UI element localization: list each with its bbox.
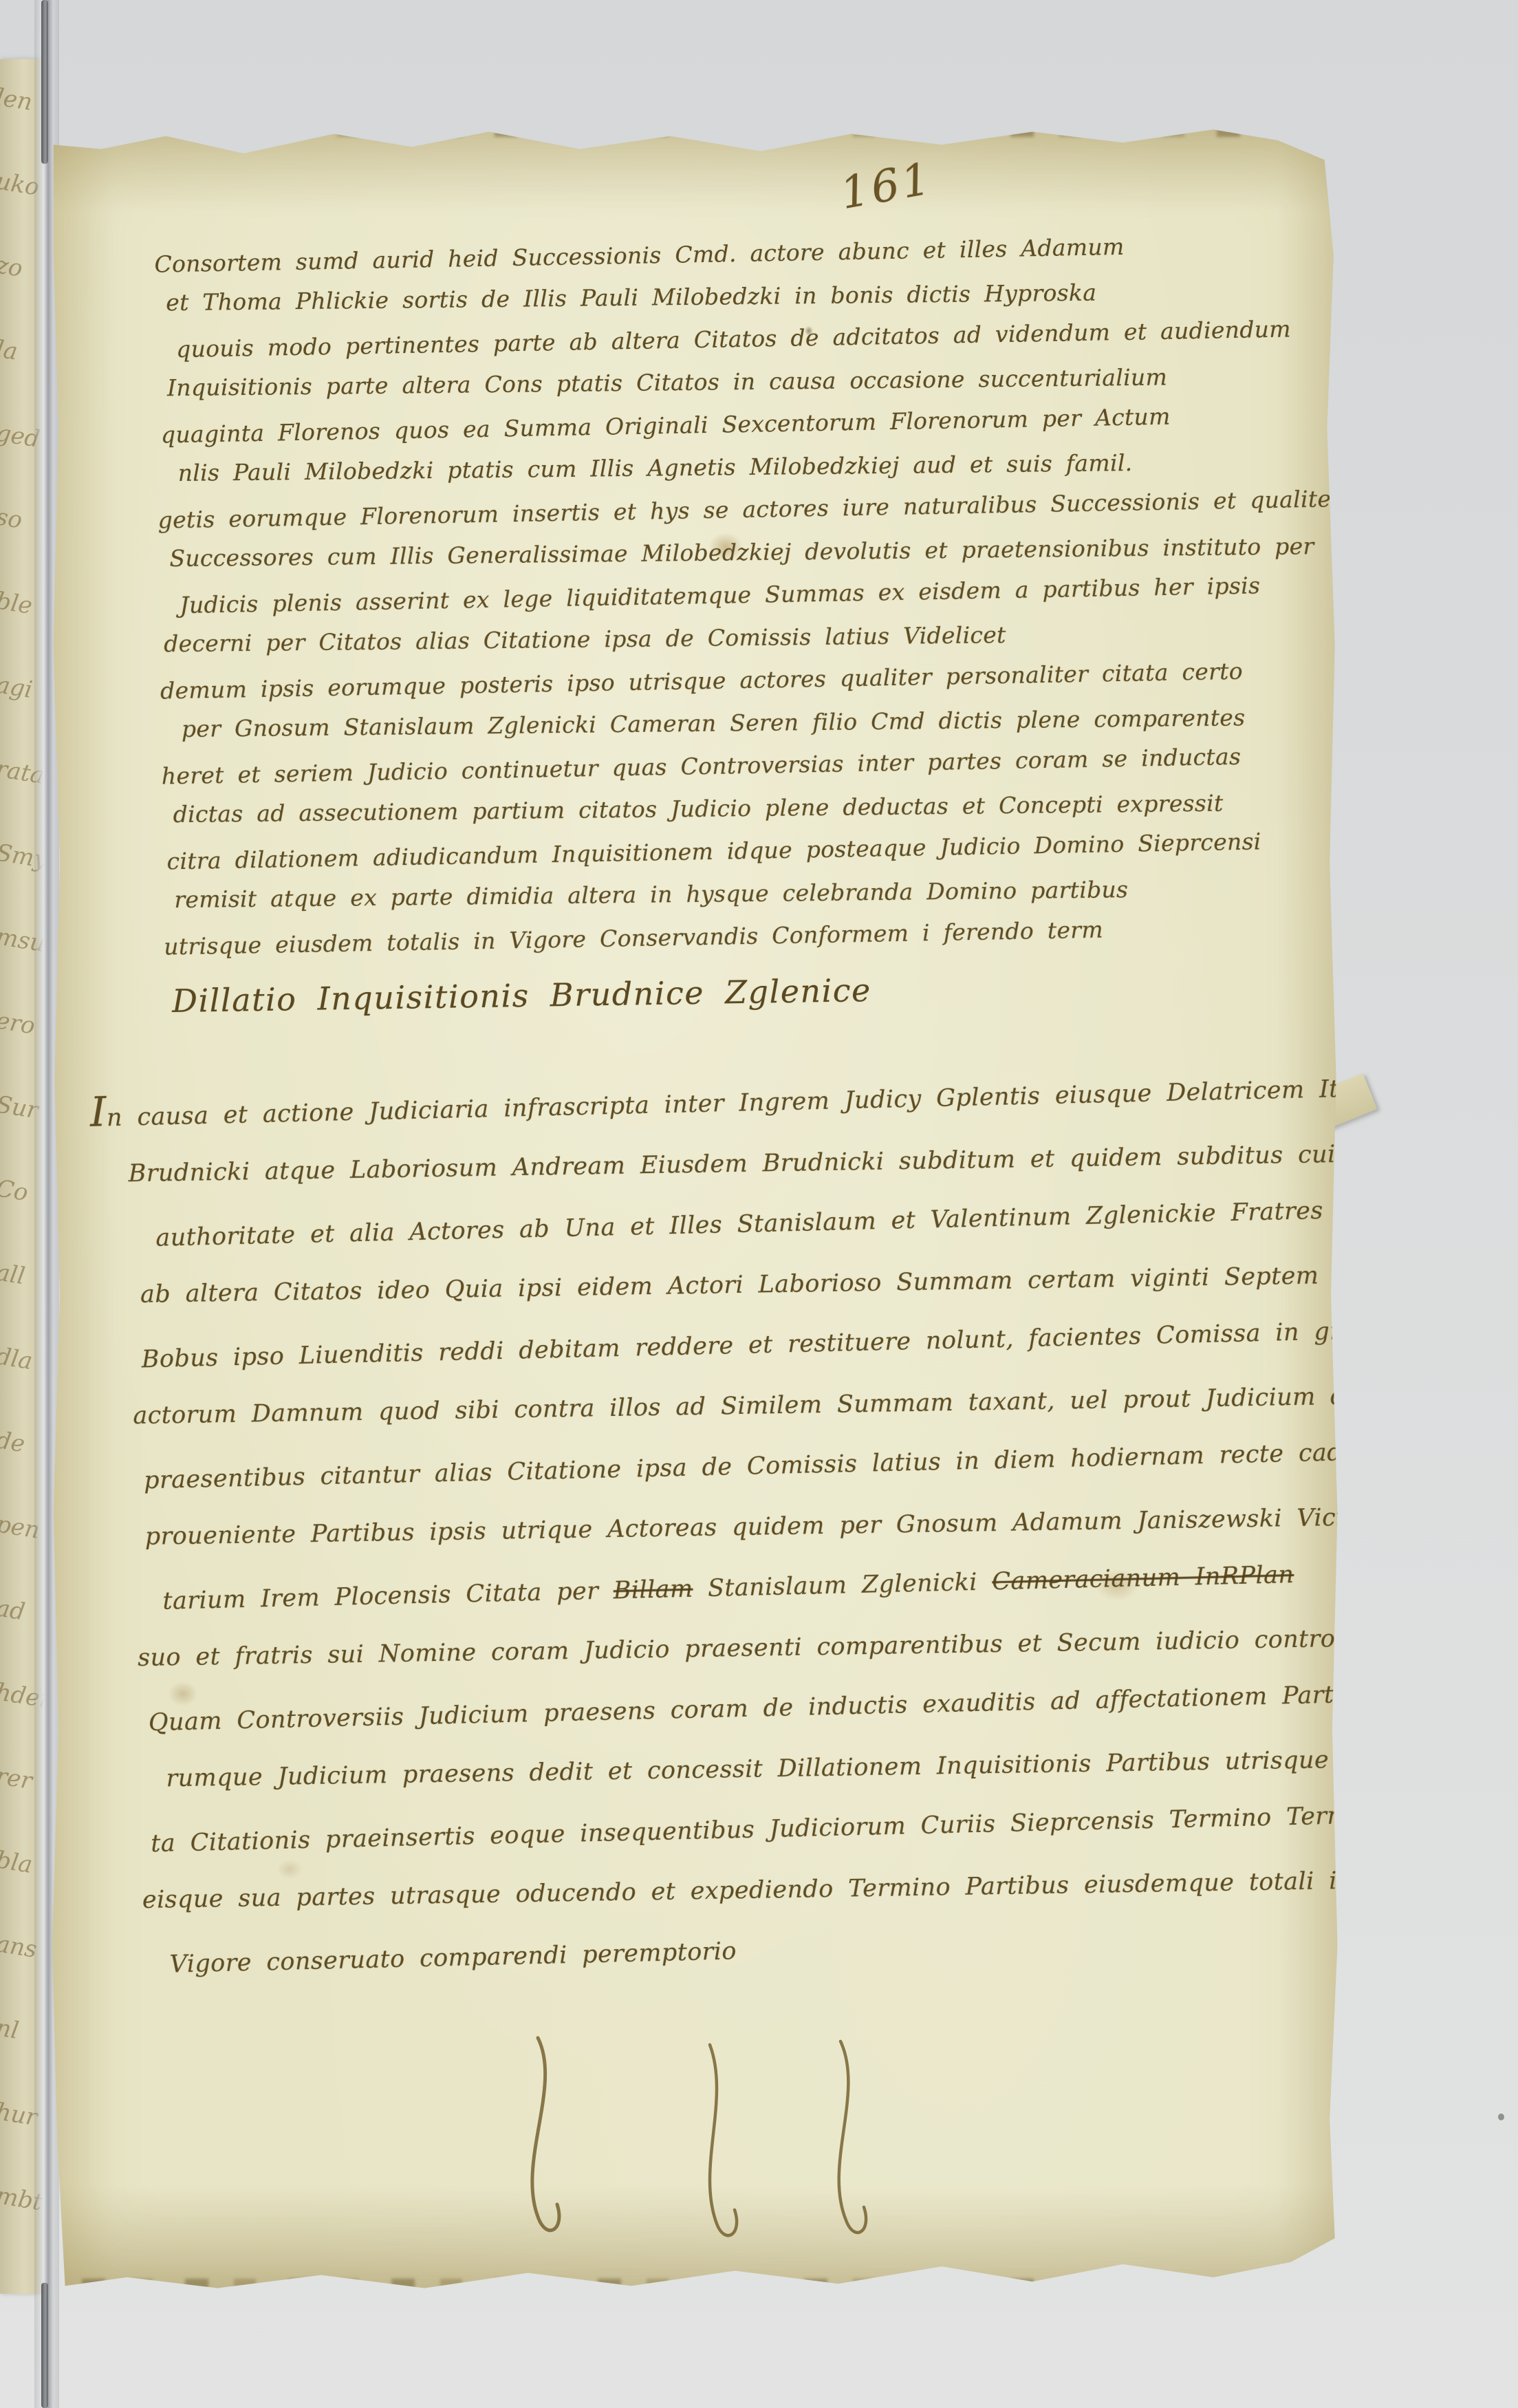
paragraph-second: In causa et actione Judiciaria infrascri… [89,1057,1331,1994]
binding-rod-bottom [41,2283,48,2408]
text-segment: Stanislaum Zglenicki [693,1568,993,1602]
struck-text: Cameracianum InRPlan [992,1561,1294,1595]
struck-text: Billam [613,1576,693,1605]
pen-flourishes [435,2024,1054,2286]
deckle-edge-top [82,127,1310,137]
deckle-edge-bottom [82,2279,1310,2290]
manuscript-scan: lenukozolagedsobleagiratasSmymsueroSurCo… [0,0,1518,2408]
manuscript-page: 161 Consortem sumd aurid heid Succession… [50,125,1343,2292]
dust-speck [1498,2114,1504,2120]
paragraph-first: Consortem sumd aurid heid Successionis C… [154,225,1299,966]
text-segment: tarium Irem Plocensis Citata per [162,1577,614,1615]
binding-rod-top [41,0,48,164]
